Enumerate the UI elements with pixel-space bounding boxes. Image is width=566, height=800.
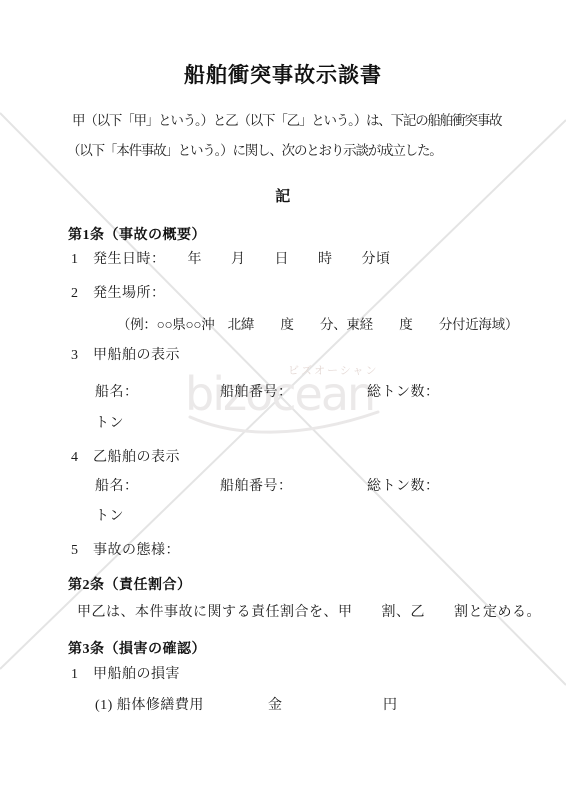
article3-item1-damage-ship-a: 1 甲船舶の損害 (71, 666, 180, 683)
record-mark: 記 (0, 189, 566, 206)
ship-b-tonnage-label: 総トン数： (367, 478, 440, 495)
article2-heading: 第2条（責任割合） (68, 577, 192, 594)
ship-a-ton-unit: トン (95, 415, 124, 432)
document-page: ビズオーシャン bizocean 船舶衝突事故示談書 甲（以下「甲」という。）と… (0, 0, 566, 800)
ship-b-ton-unit: トン (95, 508, 124, 525)
ship-a-name-label: 船名： (95, 384, 139, 401)
article1-item2-location: 2 発生場所： (71, 285, 166, 302)
amount-suffix-yen: 円 (383, 697, 398, 714)
ship-b-name-label: 船名： (95, 478, 139, 495)
ship-b-number-label: 船舶番号： (220, 478, 293, 495)
amount-prefix-kin: 金 (268, 697, 283, 714)
article1-item3-ship-a: 3 甲船舶の表示 (71, 347, 180, 364)
intro-paragraph-line-2: （以下「本件事故」という。）に関し、次のとおり示談が成立した。 (67, 142, 442, 159)
document-title: 船舶衝突事故示談書 (0, 63, 566, 88)
article3-heading: 第3条（損害の確認） (68, 641, 206, 658)
article1-heading: 第1条（事故の概要） (68, 227, 206, 244)
article1-item5-accident-mode: 5 事故の態様： (71, 542, 180, 559)
repair-cost-label: (1) 船体修繕費用 (95, 697, 204, 714)
intro-paragraph-line-1: 甲（以下「甲」という。）と乙（以下「乙」という。）は、下記の船舶衝突事故 (72, 112, 501, 129)
article1-item4-ship-b: 4 乙船舶の表示 (71, 449, 180, 466)
article1-item1-datetime: 1 発生日時： 年 月 日 時 分頃 (71, 251, 391, 268)
article1-item2-location-example: （例：○○県○○沖 北緯 度 分、東経 度 分付近海域） (117, 316, 518, 333)
article2-body: 甲乙は、本件事故に関する責任割合を、甲 割、乙 割と定める。 (77, 604, 541, 621)
ship-a-number-label: 船舶番号： (220, 384, 293, 401)
ship-a-tonnage-label: 総トン数： (367, 384, 440, 401)
